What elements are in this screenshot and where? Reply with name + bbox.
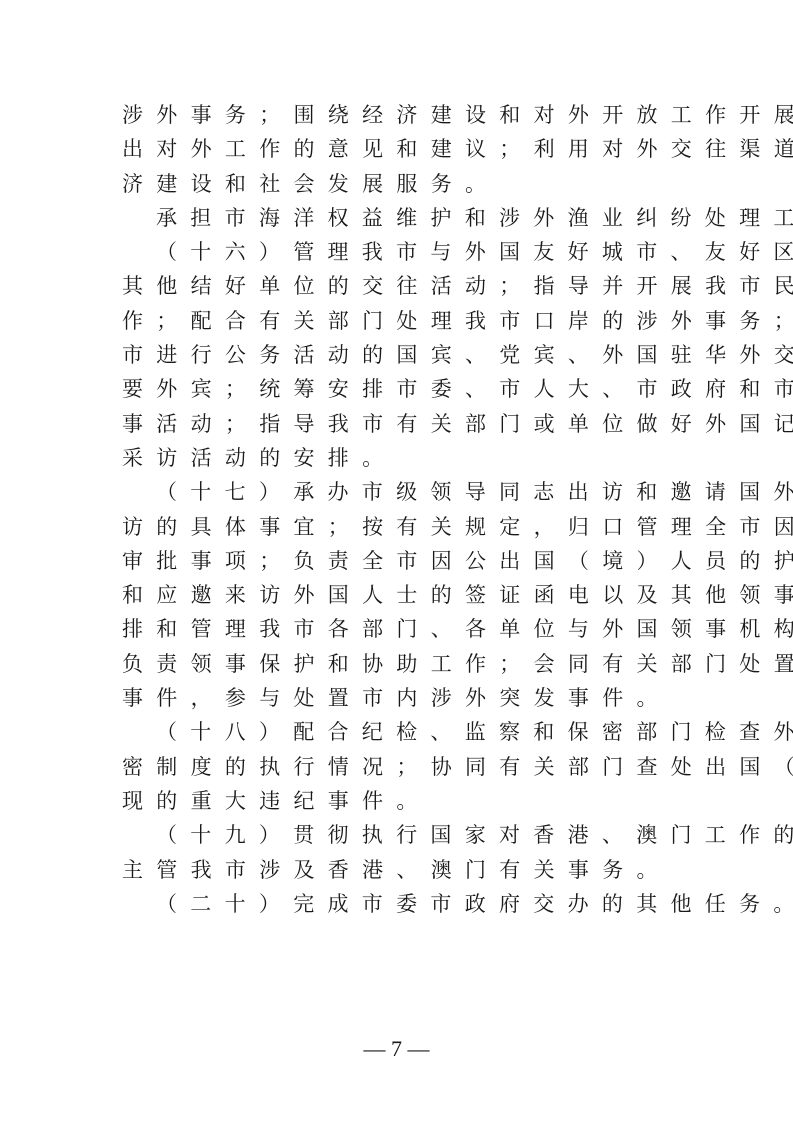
text-line: 排和管理我市各部门、各单位与外国领事机构的交往活动；: [122, 612, 674, 646]
text-line: 现的重大违纪事件。: [122, 784, 674, 818]
text-line: 审批事项；负责全市因公出国（境）人员的护照、签证报批: [122, 544, 674, 578]
text-line: 要外宾；统筹安排市委、市人大、市政府和市政协领导的外: [122, 372, 674, 406]
text-line: 出对外工作的意见和建议；利用对外交往渠道，为全市的经: [122, 132, 674, 166]
text-line: 和应邀来访外国人士的签证函电以及其他领事业务；统筹安: [122, 578, 674, 612]
text-line: （十八）配合纪检、监察和保密部门检查外事纪律及保: [122, 715, 674, 749]
text-line: （十七）承办市级领导同志出访和邀请国外有关人员来: [122, 475, 674, 509]
document-page: 涉外事务；围绕经济建设和对外开放工作开展调查研究，提 出对外工作的意见和建议；利…: [0, 0, 793, 1122]
text-line: 采访活动的安排。: [122, 441, 674, 475]
text-line: （十九）贯彻执行国家对香港、澳门工作的方针、政策；: [122, 818, 674, 852]
text-line: 事活动；指导我市有关部门或单位做好外国记者和港澳记者: [122, 407, 674, 441]
text-line: （二十）完成市委市政府交办的其他任务。: [122, 887, 674, 921]
text-line: 承担市海洋权益维护和涉外渔业纠纷处理工作。: [122, 201, 674, 235]
text-line: 作；配合有关部门处理我市口岸的涉外事务；组织接待来我: [122, 304, 674, 338]
text-line: 其他结好单位的交往活动；指导并开展我市民间对外交往工: [122, 269, 674, 303]
body-text: 涉外事务；围绕经济建设和对外开放工作开展调查研究，提 出对外工作的意见和建议；利…: [122, 98, 674, 921]
text-line: 负责领事保护和协助工作；会同有关部门处置境外涉营突发: [122, 647, 674, 681]
text-line: 密制度的执行情况；协同有关部门查处出国（境）工作中出: [122, 750, 674, 784]
text-line: 主管我市涉及香港、澳门有关事务。: [122, 853, 674, 887]
text-line: 涉外事务；围绕经济建设和对外开放工作开展调查研究，提: [122, 98, 674, 132]
text-line: 访的具体事宜；按有关规定，归口管理全市因公出国（境）: [122, 510, 674, 544]
text-line: 市进行公务活动的国宾、党宾、外国驻华外交人员和其他重: [122, 338, 674, 372]
text-line: （十六）管理我市与外国友好城市、友好区（县）以及: [122, 235, 674, 269]
text-line: 济建设和社会发展服务。: [122, 167, 674, 201]
page-number: — 7 —: [0, 1036, 793, 1062]
text-line: 事件，参与处置市内涉外突发事件。: [122, 681, 674, 715]
